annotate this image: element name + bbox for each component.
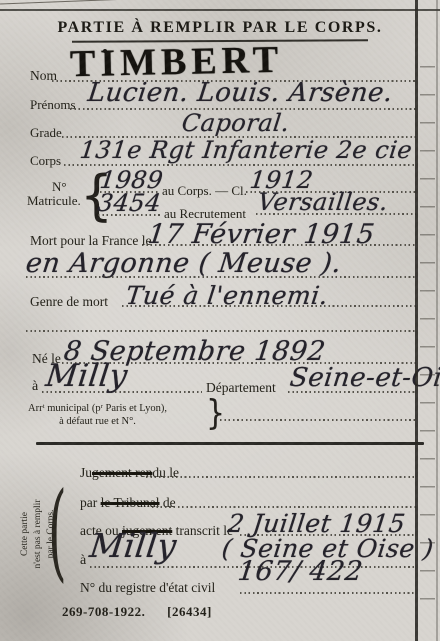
field-arrondissement-dotted-line: [220, 419, 416, 421]
field-genre-mort-label: Genre de mort: [30, 294, 108, 310]
tribunal-line: par le Tribunal de: [80, 495, 176, 511]
field-mort-label: Mort pour la France le: [30, 233, 151, 249]
registre-dotted-line: [240, 592, 416, 594]
matricule-dotted-line: [98, 214, 160, 216]
tribunal-struck-text: le Tribunal: [101, 495, 160, 510]
etat-civil-brace: (: [48, 464, 67, 601]
arrondissement-label-line2: à défaut rue et N°.: [59, 416, 136, 427]
top-border-line: [0, 9, 440, 11]
side-note-line1: Cette partie: [20, 512, 30, 556]
imprint-code: 269-708-1922.: [62, 604, 145, 619]
matricule-recrutement-value: 3454: [96, 189, 163, 217]
field-arrondissement-label: Arrᵗ municipal (pʳ Paris et Lyon), à déf…: [28, 402, 167, 428]
reference-number: [26434]: [167, 604, 212, 619]
field-corps-value: 131e Rgt Infanterie 2e cie: [78, 136, 414, 164]
matricule-dotted-line: [256, 213, 416, 215]
jugement-prefix: Ju: [80, 465, 92, 480]
field-grade-value: Caporal.: [180, 109, 291, 137]
field-lieu-deces-dotted-line: [26, 276, 416, 278]
arrondissement-brace: }: [206, 397, 225, 432]
arrondissement-label-line1: Arrᵗ municipal (pʳ Paris et Lyon),: [28, 403, 167, 414]
field-mort-date-value: 17 Février 1915: [146, 219, 376, 250]
matricule-au-corps-label: au Corps. — Cl.: [162, 183, 247, 199]
jugement-dotted-line: [146, 476, 416, 478]
page-edge-ruled-stubs: [420, 66, 435, 606]
registre-label: N° du registre d'état civil: [80, 580, 215, 596]
field-commune-value: Milly: [44, 358, 130, 394]
field-grade-label: Grade: [30, 125, 62, 141]
field-matricule-label-line2: Matricule.: [27, 193, 81, 209]
page-edge-line: [436, 0, 438, 641]
field-corps-label: Corps: [30, 153, 61, 169]
section-divider-rule: [36, 442, 424, 445]
registre-number-value: 167/ 422: [236, 556, 365, 587]
side-note-line2: n'est pas à remplir: [33, 500, 43, 569]
matricule-recrutement-place: Versailles.: [256, 188, 390, 216]
tribunal-prefix: par: [80, 495, 97, 510]
ink-blot: [103, 49, 107, 53]
stray-ink-line: [0, 0, 182, 5]
tribunal-dotted-line: [152, 506, 416, 508]
field-commune-label: à: [32, 379, 38, 395]
transcription-place-value: Milly: [88, 526, 179, 565]
form-title: PARTIE À REMPLIR PAR LE CORPS.: [0, 19, 440, 37]
field-prenoms-label: Prénoms: [30, 97, 76, 113]
field-genre-mort-value: Tué à l'ennemi.: [124, 281, 330, 310]
printer-imprint: 269-708-1922. [26434]: [62, 604, 212, 620]
empty-dotted-line: [26, 330, 416, 332]
transcription-place-label: à: [80, 553, 86, 569]
field-prenoms-value: Lucien. Louis. Arsène.: [86, 78, 394, 108]
field-lieu-deces-value: en Argonne ( Meuse ).: [24, 248, 343, 279]
jugement-struck-text: gement ren: [92, 465, 152, 480]
jugement-line: Jugement rendu le: [80, 465, 179, 481]
page-binding-line: [415, 0, 418, 641]
military-death-record-card: PARTIE À REMPLIR PAR LE CORPS. Nom TIMBE…: [0, 0, 440, 641]
